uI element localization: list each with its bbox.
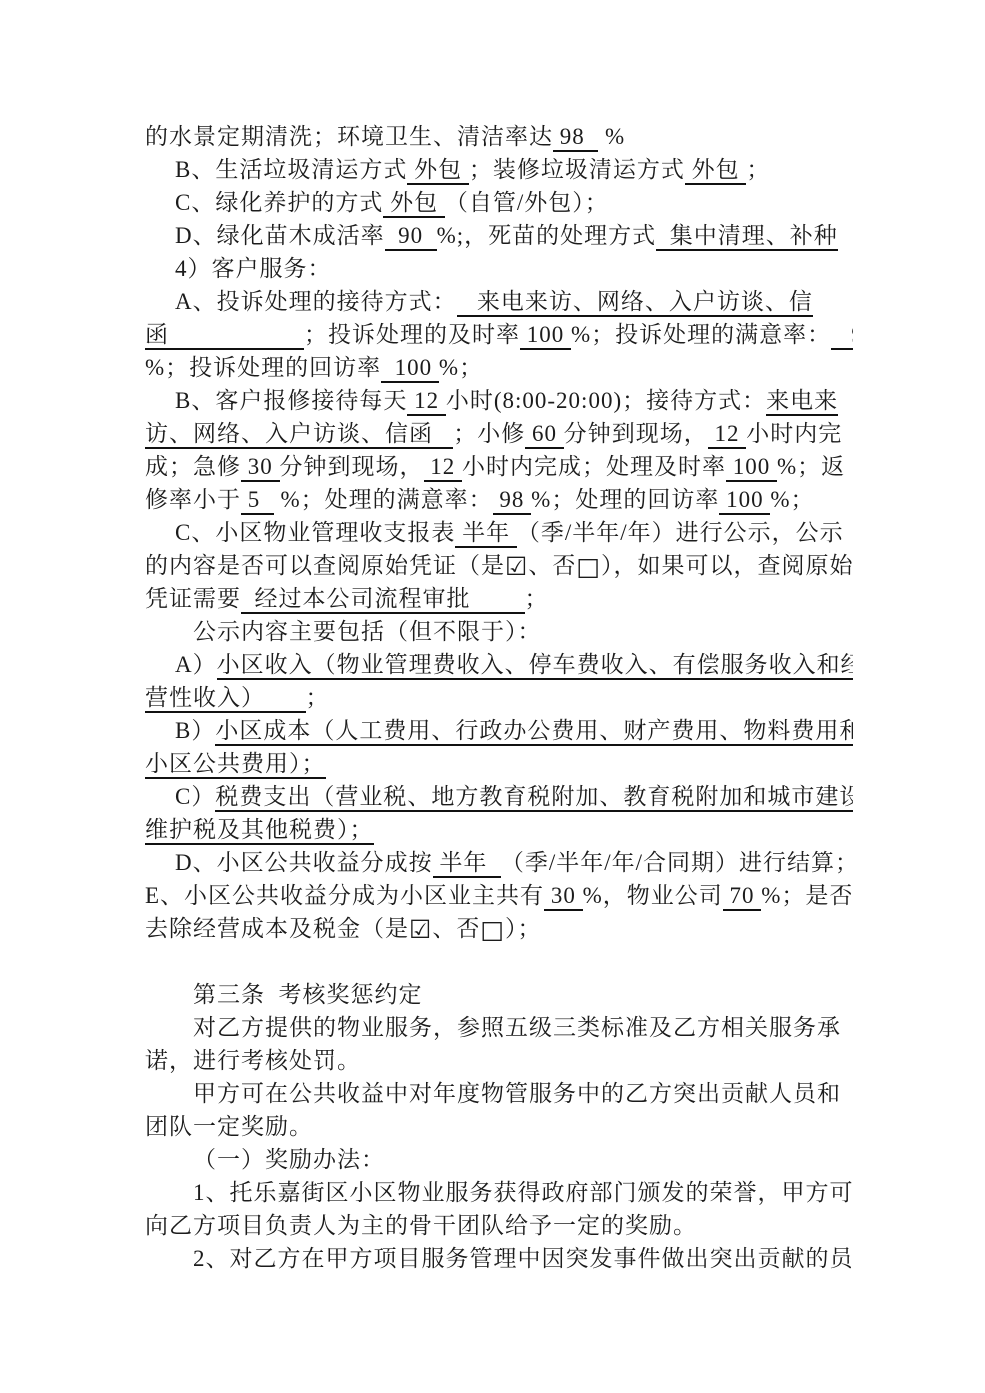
filled-blank-value: 税费支出（营业税、地方教育税附加、教育税附加和城市建设 <box>215 784 853 812</box>
text-line: 4）客户服务： <box>145 252 853 285</box>
text-run: （季/半年/年）进行公示，公示 <box>517 520 844 545</box>
document-page: 的水景定期清洗；环境卫生、清洁率达 98 %B、生活垃圾清运方式 外包 ；装修垃… <box>0 0 985 1393</box>
text-line: 营性收入） ； <box>145 681 853 714</box>
text-line: 对乙方提供的物业服务，参照五级三类标准及乙方相关服务承 <box>145 1011 853 1044</box>
text-line: 第三条 考核奖惩约定 <box>145 978 853 1011</box>
text-line: B、客户报修接待每天 12 小时(8:00-20:00)；接待方式：来电来 <box>145 384 853 417</box>
text-line: A、投诉处理的接待方式： 来电来访、网络、入户访谈、信 <box>145 285 853 318</box>
text-line: A）小区收入（物业管理费收入、停车费收入、有偿服务收入和经 <box>145 648 853 681</box>
text-line: 1、托乐嘉街区小区物业服务获得政府部门颁发的荣誉，甲方可 <box>145 1176 853 1209</box>
text-run: %；返 <box>777 454 845 479</box>
text-line: D、绿化苗木成活率 90 %;，死苗的处理方式 集中清理、补种 <box>145 219 853 252</box>
text-run: %;，死苗的处理方式 <box>437 223 657 248</box>
text-run: ；投诉处理的及时率 <box>304 322 520 347</box>
text-run: 第三条 考核奖惩约定 <box>193 982 423 1007</box>
text-run: 的内容是否可以查阅原始凭证（是 <box>145 553 505 578</box>
filled-blank-value: 95 <box>831 322 853 350</box>
filled-blank-value: 98 <box>493 487 532 515</box>
filled-blank-value: 来电来访、网络、入户访谈、信 <box>457 289 813 317</box>
text-line: D、小区公共收益分成按 半年 （季/半年/年/合同期）进行结算； <box>145 846 853 879</box>
checkbox-empty-icon: □ <box>576 554 601 579</box>
filled-blank-value: 12 <box>407 388 446 416</box>
text-run: 4）客户服务： <box>175 256 332 281</box>
text-run: （季/半年/年/合同期）进行结算； <box>501 850 853 875</box>
text-line: E、小区公共收益分成为小区业主共有 30 %，物业公司 70 %；是否 <box>145 879 853 912</box>
text-run: 分钟到现场， <box>564 421 708 446</box>
text-run: 分钟到现场， <box>280 454 424 479</box>
filled-blank-value: 小区成本（人工费用、行政办公费用、财产费用、物料费用和 <box>215 718 853 746</box>
filled-blank-value: 函 <box>145 322 304 350</box>
checkbox-checked-icon: ☑ <box>505 554 528 579</box>
filled-blank-value: 来电来 <box>766 388 838 416</box>
text-line: %；投诉处理的回访率 100 %； <box>145 351 853 384</box>
text-run: C、绿化养护的方式 <box>175 190 383 215</box>
filled-blank-value: 30 <box>544 883 583 911</box>
text-run: 诺，进行考核处罚。 <box>145 1048 361 1073</box>
text-line: 公示内容主要包括（但不限于）： <box>145 615 853 648</box>
text-run: C） <box>175 784 215 809</box>
text-line: 凭证需要 经过本公司流程审批 ； <box>145 582 853 615</box>
text-line: （一）奖励办法： <box>145 1143 853 1176</box>
filled-blank-value: 100 <box>381 355 439 383</box>
text-line: 维护税及其他税费）； <box>145 813 853 846</box>
checkbox-empty-icon: □ <box>480 917 505 942</box>
filled-blank-value: 半年 <box>455 520 517 548</box>
text-run: 、否 <box>528 553 576 578</box>
text-run: ； <box>306 685 330 710</box>
text-run: 向乙方项目负责人为主的骨干团队给予一定的奖励。 <box>145 1213 697 1238</box>
text-run: A） <box>175 652 217 677</box>
text-line: 的内容是否可以查阅原始凭证（是☑、否□），如果可以，查阅原始 <box>145 549 853 582</box>
text-run: A、投诉处理的接待方式： <box>175 289 457 314</box>
text-run: ； <box>525 586 549 611</box>
filled-blank-value: 5 <box>241 487 274 515</box>
filled-blank-value: 经过本公司流程审批 <box>241 586 525 614</box>
text-run: ）； <box>505 916 542 941</box>
filled-blank-value: 100 <box>726 454 777 482</box>
filled-blank-value: 30 <box>241 454 280 482</box>
filled-blank-value: 98 <box>553 124 598 152</box>
filled-blank-value: 外包 <box>685 157 747 185</box>
text-line: C、绿化养护的方式 外包 （自管/外包）； <box>145 186 853 219</box>
filled-blank-value: 维护税及其他税费）； <box>145 817 374 845</box>
text-run: （自管/外包）； <box>445 190 609 215</box>
text-run: B、生活垃圾清运方式 <box>175 157 407 182</box>
text-run: 1、托乐嘉街区小区物业服务获得政府部门颁发的荣誉，甲方可 <box>193 1180 853 1205</box>
text-run: ； <box>746 157 770 182</box>
text-line: 向乙方项目负责人为主的骨干团队给予一定的奖励。 <box>145 1209 853 1242</box>
filled-blank-value: 外包 <box>383 190 445 218</box>
filled-blank-value: 90 <box>385 223 437 251</box>
text-run: % <box>598 124 625 149</box>
filled-blank-value: 访、网络、入户访谈、信函 <box>145 421 453 449</box>
text-run: 甲方可在公共收益中对年度物管服务中的乙方突出贡献人员和 <box>193 1081 841 1106</box>
text-run: ；装修垃圾清运方式 <box>469 157 685 182</box>
text-run: 小时(8:00-20:00)；接待方式： <box>446 388 766 413</box>
checkbox-checked-icon: ☑ <box>409 917 432 942</box>
text-run: 修率小于 <box>145 487 241 512</box>
text-line <box>145 945 853 978</box>
text-line: 函 ；投诉处理的及时率 100 %；投诉处理的满意率： 95 <box>145 318 853 351</box>
text-run: （一）奖励办法： <box>193 1147 385 1172</box>
text-run: 团队一定奖励。 <box>145 1114 313 1139</box>
text-run: B） <box>175 718 215 743</box>
text-run: 、否 <box>432 916 480 941</box>
text-line: 去除经营成本及税金（是☑、否□）； <box>145 912 853 945</box>
text-run: 凭证需要 <box>145 586 241 611</box>
text-run: 成；急修 <box>145 454 241 479</box>
text-line: 甲方可在公共收益中对年度物管服务中的乙方突出贡献人员和 <box>145 1077 853 1110</box>
text-run: B、客户报修接待每天 <box>175 388 407 413</box>
filled-blank-value: 半年 <box>433 850 501 878</box>
text-run: %；处理的回访率 <box>531 487 719 512</box>
filled-blank-value: 营性收入） <box>145 685 306 713</box>
text-line: 修率小于 5 %；处理的满意率： 98 %；处理的回访率 100 %； <box>145 483 853 516</box>
text-run: 对乙方提供的物业服务，参照五级三类标准及乙方相关服务承 <box>193 1015 841 1040</box>
filled-blank-value: 小区公共费用）； <box>145 751 326 779</box>
text-run: %； <box>439 355 483 380</box>
contract-text-block: 的水景定期清洗；环境卫生、清洁率达 98 %B、生活垃圾清运方式 外包 ；装修垃… <box>145 120 853 1275</box>
filled-blank-value: 100 <box>520 322 571 350</box>
text-line: 小区公共费用）； <box>145 747 853 780</box>
text-run: ），如果可以，查阅原始 <box>601 553 853 578</box>
filled-blank-value: 外包 <box>407 157 469 185</box>
filled-blank-value: 12 <box>708 421 747 449</box>
text-line: C、小区物业管理收支报表 半年 （季/半年/年）进行公示，公示 <box>145 516 853 549</box>
filled-blank-value: 小区收入（物业管理费收入、停车费收入、有偿服务收入和经 <box>217 652 853 680</box>
text-run: 公示内容主要包括（但不限于）： <box>193 619 542 644</box>
text-run: D、绿化苗木成活率 <box>175 223 385 248</box>
filled-blank-value: 70 <box>723 883 762 911</box>
filled-blank-value: 100 <box>719 487 770 515</box>
text-line: 成；急修 30 分钟到现场， 12 小时内完成；处理及时率 100 %；返 <box>145 450 853 483</box>
text-run: %； <box>770 487 814 512</box>
text-line: B）小区成本（人工费用、行政办公费用、财产费用、物料费用和 <box>145 714 853 747</box>
text-run: 去除经营成本及税金（是 <box>145 916 409 941</box>
text-line: 2、对乙方在甲方项目服务管理中因突发事件做出突出贡献的员 <box>145 1242 853 1275</box>
filled-blank-value: 12 <box>424 454 463 482</box>
filled-blank-value: 集中清理、补种 <box>656 223 838 251</box>
text-run: %；处理的满意率： <box>274 487 493 512</box>
text-line: 访、网络、入户访谈、信函 ；小修 60 分钟到现场， 12 小时内完 <box>145 417 853 450</box>
text-run: %；投诉处理的回访率 <box>145 355 381 380</box>
text-run: 2、对乙方在甲方项目服务管理中因突发事件做出突出贡献的员 <box>193 1246 853 1271</box>
text-line: 诺，进行考核处罚。 <box>145 1044 853 1077</box>
text-run: %；是否 <box>761 883 853 908</box>
text-line: C）税费支出（营业税、地方教育税附加、教育税附加和城市建设 <box>145 780 853 813</box>
text-run: 小时内完成；处理及时率 <box>462 454 726 479</box>
text-run: %；投诉处理的满意率： <box>571 322 831 347</box>
text-run: E、小区公共收益分成为小区业主共有 <box>145 883 544 908</box>
text-run: 的水景定期清洗；环境卫生、清洁率达 <box>145 124 553 149</box>
text-line: B、生活垃圾清运方式 外包 ；装修垃圾清运方式 外包 ； <box>145 153 853 186</box>
text-run: ；小修 <box>453 421 525 446</box>
text-run: %，物业公司 <box>583 883 723 908</box>
filled-blank-value: 60 <box>525 421 564 449</box>
text-line: 团队一定奖励。 <box>145 1110 853 1143</box>
text-run: C、小区物业管理收支报表 <box>175 520 455 545</box>
text-run: 小时内完 <box>746 421 842 446</box>
text-run: D、小区公共收益分成按 <box>175 850 433 875</box>
text-line: 的水景定期清洗；环境卫生、清洁率达 98 % <box>145 120 853 153</box>
